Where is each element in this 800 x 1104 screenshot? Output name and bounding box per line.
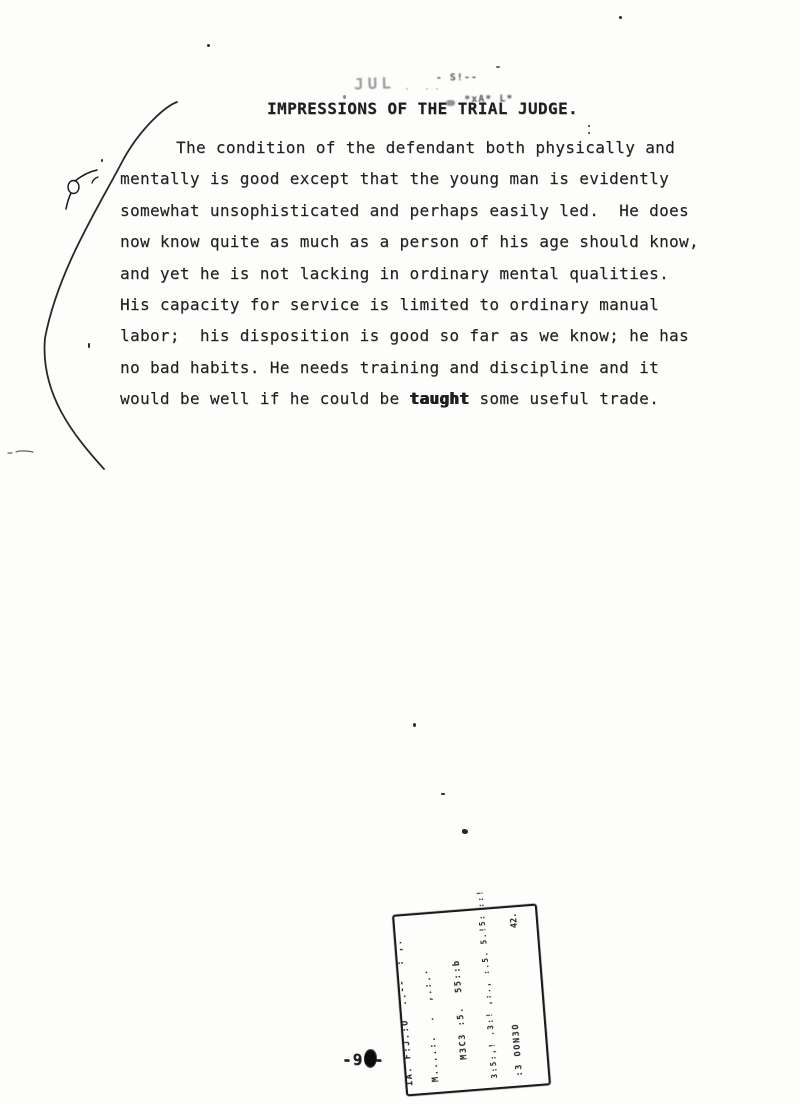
scan-speck <box>462 829 468 834</box>
document-title: IMPRESSIONS OF THE TRIAL JUDGE. <box>267 99 578 118</box>
scan-speck <box>588 125 590 127</box>
filing-stamp-corner-mark: 42. <box>509 912 520 928</box>
date-stamp-month: JUL <box>354 73 396 93</box>
filing-stamp-text: M....:. . ,.:.· <box>422 968 441 1083</box>
paragraph-line: His capacity for service is limited to o… <box>120 289 720 320</box>
overstruck-word: taught <box>410 389 470 408</box>
paragraph-line: mentally is good except that the young m… <box>120 163 720 194</box>
scan-speck <box>413 723 416 727</box>
scan-speck <box>496 66 500 68</box>
scanned-document-page: JUL · ·· - S!-- *xA* L* IMPRESSIONS OF T… <box>0 0 800 1104</box>
filing-stamp-text: M3C3 :5. 55::b <box>452 959 470 1060</box>
scan-speck <box>88 343 90 348</box>
scan-speck <box>101 159 103 162</box>
filing-stamp-text: :3 OON3O <box>511 1022 525 1076</box>
scan-speck <box>343 95 346 99</box>
scan-speck <box>441 793 445 795</box>
paragraph-line: and yet he is not lacking in ordinary me… <box>120 258 720 289</box>
document-paragraph: The condition of the defendant both phys… <box>120 132 720 415</box>
paragraph-line: now know quite as much as a person of hi… <box>120 226 720 257</box>
paragraph-line: somewhat unsophisticated and perhaps eas… <box>120 195 720 226</box>
paragraph-line-last: would be well if he could be taught some… <box>120 383 720 414</box>
filing-stamp-text: 3:5:,! .3:! ,:., :.5. 5.!5: ::! <box>475 889 499 1079</box>
smudge-mark <box>446 100 455 106</box>
paragraph-line: no bad habits. He needs training and dis… <box>120 352 720 383</box>
scan-speck <box>619 16 622 19</box>
filing-stamp: 1A. F:J.:O ..-- : ,. M....:. . ,.:.· M3C… <box>392 904 551 1097</box>
scan-speck <box>588 132 590 134</box>
scan-speck <box>207 44 210 47</box>
paragraph-line: labor; his disposition is good so far as… <box>120 320 720 351</box>
paragraph-line: The condition of the defendant both phys… <box>120 132 720 163</box>
filing-stamp-text: 1A. F:J.:O ..-- : ,. <box>394 938 416 1086</box>
